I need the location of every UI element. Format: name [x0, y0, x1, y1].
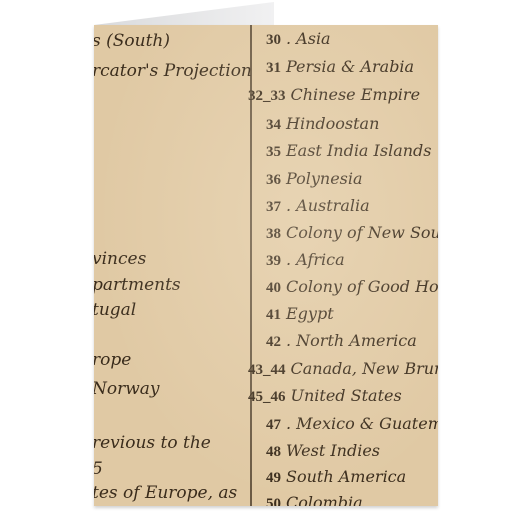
plate-title: South America: [286, 467, 406, 486]
plate-number: 31: [266, 60, 281, 77]
plate-number: 42: [266, 334, 281, 351]
index-row: 39. Africa: [266, 250, 345, 270]
index-row: 42. North America: [266, 331, 417, 351]
plate-number: 36: [266, 172, 281, 189]
card-flap: [94, 0, 274, 26]
index-row: 35East India Islands: [266, 141, 432, 161]
index-row: 32_33Chinese Empire: [248, 85, 420, 105]
plate-number: 43_44: [248, 362, 286, 379]
index-row: 37. Australia: [266, 196, 370, 216]
plate-number: 39: [266, 253, 281, 270]
plate-number: 45_46: [248, 389, 286, 406]
left-column-line: revious to the: [94, 433, 211, 453]
index-row: 31Persia & Arabia: [266, 57, 414, 77]
plate-title: . Africa: [286, 250, 345, 269]
index-row: 40Colony of Good Hope: [266, 277, 438, 297]
plate-title: Egypt: [286, 304, 334, 323]
left-column-line: rope: [94, 350, 131, 370]
plate-title: Hindoostan: [286, 114, 379, 133]
plate-number: 30: [266, 32, 281, 49]
plate-title: . Mexico & Guatemala: [286, 414, 438, 433]
left-column-line: tes of Europe, as: [94, 483, 237, 503]
index-row: 49South America: [266, 467, 406, 487]
plate-number: 41: [266, 307, 281, 324]
left-column-line: Norway: [94, 379, 160, 399]
index-row: 45_46United States: [248, 386, 402, 406]
plate-number: 49: [266, 470, 281, 487]
plate-title: Colony of Good Hope: [286, 277, 438, 296]
index-row: 50Colombia: [266, 493, 363, 506]
index-row: 38Colony of New South Wales: [266, 223, 438, 243]
plate-title: Colombia: [286, 493, 363, 506]
index-row: 30. Asia: [266, 29, 331, 49]
plate-title: West Indies: [286, 441, 380, 460]
plate-number: 47: [266, 417, 281, 434]
index-row: 47. Mexico & Guatemala: [266, 414, 438, 434]
plate-number: 35: [266, 144, 281, 161]
plate-title: Colony of New South Wales: [286, 223, 438, 242]
plate-number: 40: [266, 280, 281, 297]
left-column-line: rcator's Projection: [94, 61, 252, 81]
plate-number: 50: [266, 496, 281, 506]
left-column-line: 5: [94, 459, 103, 479]
index-row: 36Polynesia: [266, 169, 363, 189]
plate-number: 37: [266, 199, 281, 216]
index-row: 34Hindoostan: [266, 114, 379, 134]
plate-title: . Australia: [286, 196, 370, 215]
plate-number: 34: [266, 117, 281, 134]
index-row: 48West Indies: [266, 441, 380, 461]
plate-title: United States: [291, 386, 402, 405]
left-column-line: partments: [94, 275, 181, 295]
left-column-line: s (South): [94, 31, 170, 51]
plate-title: Chinese Empire: [291, 85, 421, 104]
left-column-line: vinces: [94, 249, 146, 269]
plate-number: 32_33: [248, 88, 286, 105]
left-column-line: tugal: [94, 300, 136, 320]
plate-title: . North America: [286, 331, 417, 350]
plate-title: Canada, New Brunswick: [291, 359, 439, 378]
plate-title: Persia & Arabia: [286, 57, 414, 76]
plate-title: Polynesia: [286, 169, 363, 188]
plate-number: 38: [266, 226, 281, 243]
plate-number: 48: [266, 444, 281, 461]
index-row: 41Egypt: [266, 304, 334, 324]
plate-title: . Asia: [286, 29, 331, 48]
greeting-card: s (South)rcator's Projectionvincespartme…: [94, 25, 438, 506]
plate-title: East India Islands: [286, 141, 432, 160]
index-row: 43_44Canada, New Brunswick: [248, 359, 438, 379]
